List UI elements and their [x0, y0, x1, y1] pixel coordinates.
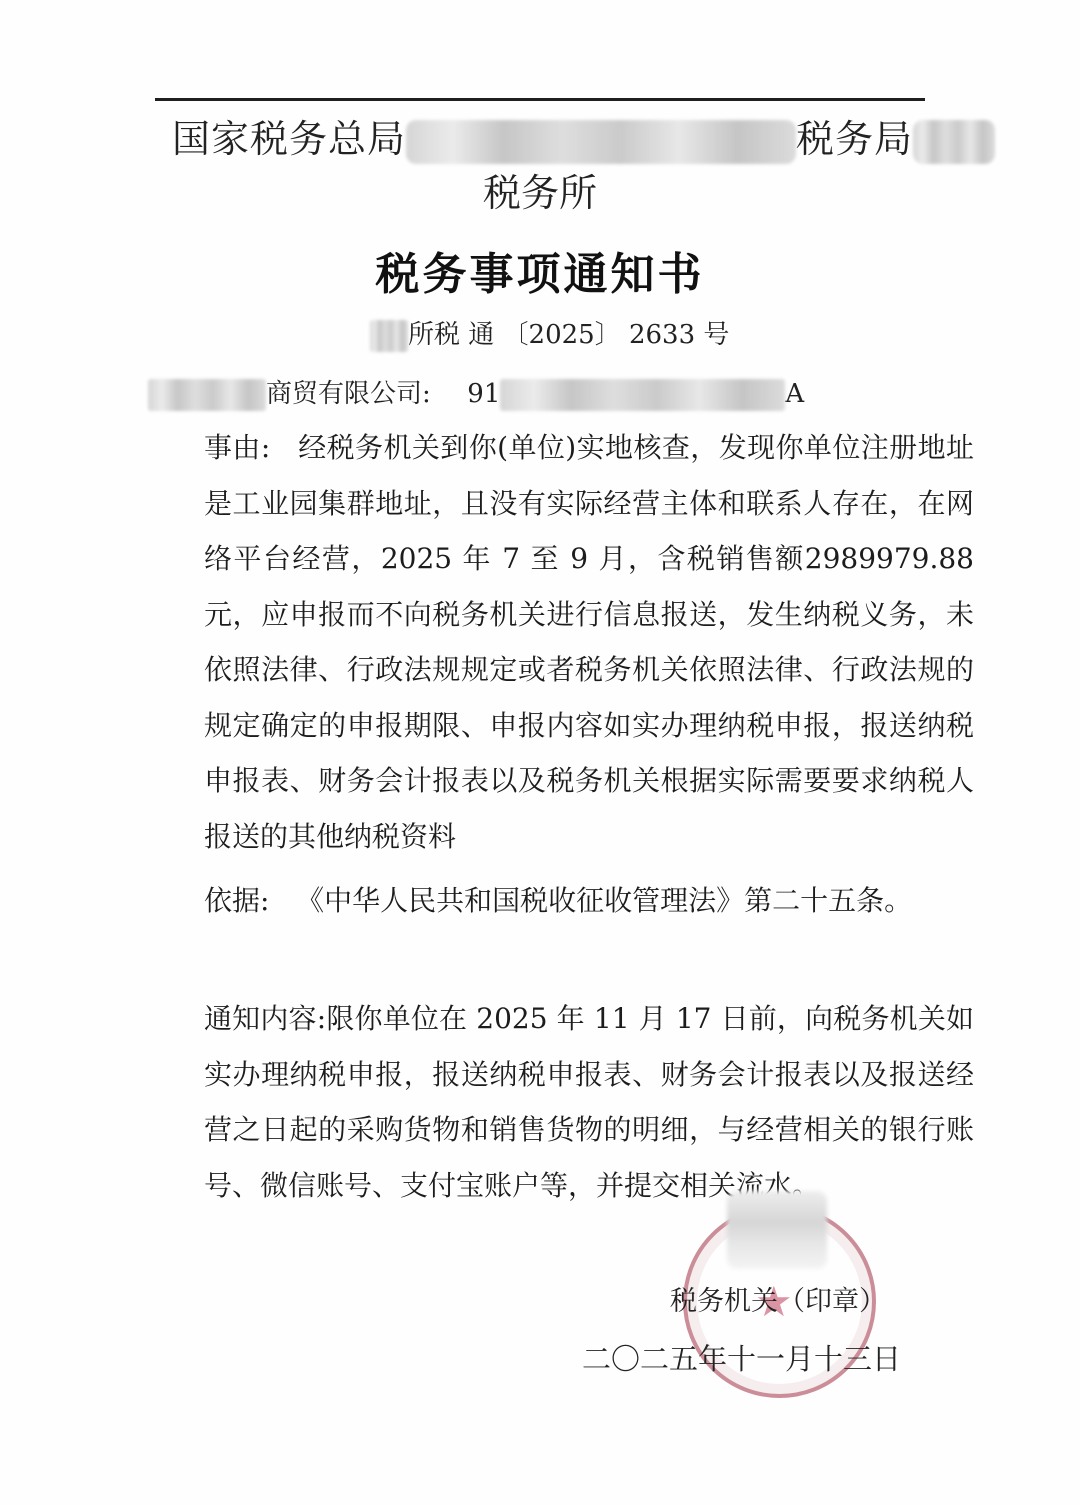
redacted-region — [913, 120, 995, 164]
basis-label: 依据: — [204, 884, 269, 917]
redacted-region — [500, 379, 785, 411]
issue-date: 二〇二五年十一月十三日 — [582, 1337, 901, 1378]
notice-label: 通知内容: — [204, 1002, 326, 1035]
document-number: 所税 通 〔2025〕 2633 号 — [370, 314, 729, 352]
redacted-region — [727, 1191, 827, 1269]
header-rule — [155, 98, 925, 101]
agency-name-line2: 税务所 — [0, 162, 1080, 217]
agency-prefix: 国家税务总局 — [172, 117, 406, 161]
redacted-region — [148, 379, 266, 411]
agency-name-line1: 国家税务总局税务局 — [172, 108, 995, 164]
tax-notice-document: 国家税务总局税务局 税务所 税务事项通知书 所税 通 〔2025〕 2633 号… — [0, 0, 1080, 1505]
recipient-id-prefix: 91 — [467, 379, 500, 409]
recipient-id-suffix: A — [785, 379, 804, 409]
signature-line: 税务机关（印章） — [670, 1279, 886, 1318]
agency-mid: 税务局 — [796, 117, 913, 161]
section-notice-content: 通知内容:限你单位在 2025 年 11 月 17 日前，向税务机关如实办理纳税… — [148, 991, 974, 1213]
section-reason: 事由: 经税务机关到你(单位)实地核查，发现你单位注册地址是工业园集群地址，且没… — [148, 420, 974, 864]
recipient-name: 商贸有限公司: — [266, 379, 431, 409]
basis-text: 《中华人民共和国税收征收管理法》第二十五条。 — [296, 884, 912, 917]
document-number-text: 所税 通 〔2025〕 2633 号 — [408, 320, 729, 350]
redacted-region — [406, 120, 796, 164]
reason-text: 经税务机关到你(单位)实地核查，发现你单位注册地址是工业园集群地址，且没有实际经… — [204, 431, 974, 853]
recipient-line: 商贸有限公司: 91A — [148, 373, 804, 411]
document-title: 税务事项通知书 — [0, 238, 1080, 302]
section-basis: 依据: 《中华人民共和国税收征收管理法》第二十五条。 — [148, 873, 974, 929]
reason-label: 事由: — [204, 431, 270, 464]
redacted-region — [370, 320, 408, 352]
